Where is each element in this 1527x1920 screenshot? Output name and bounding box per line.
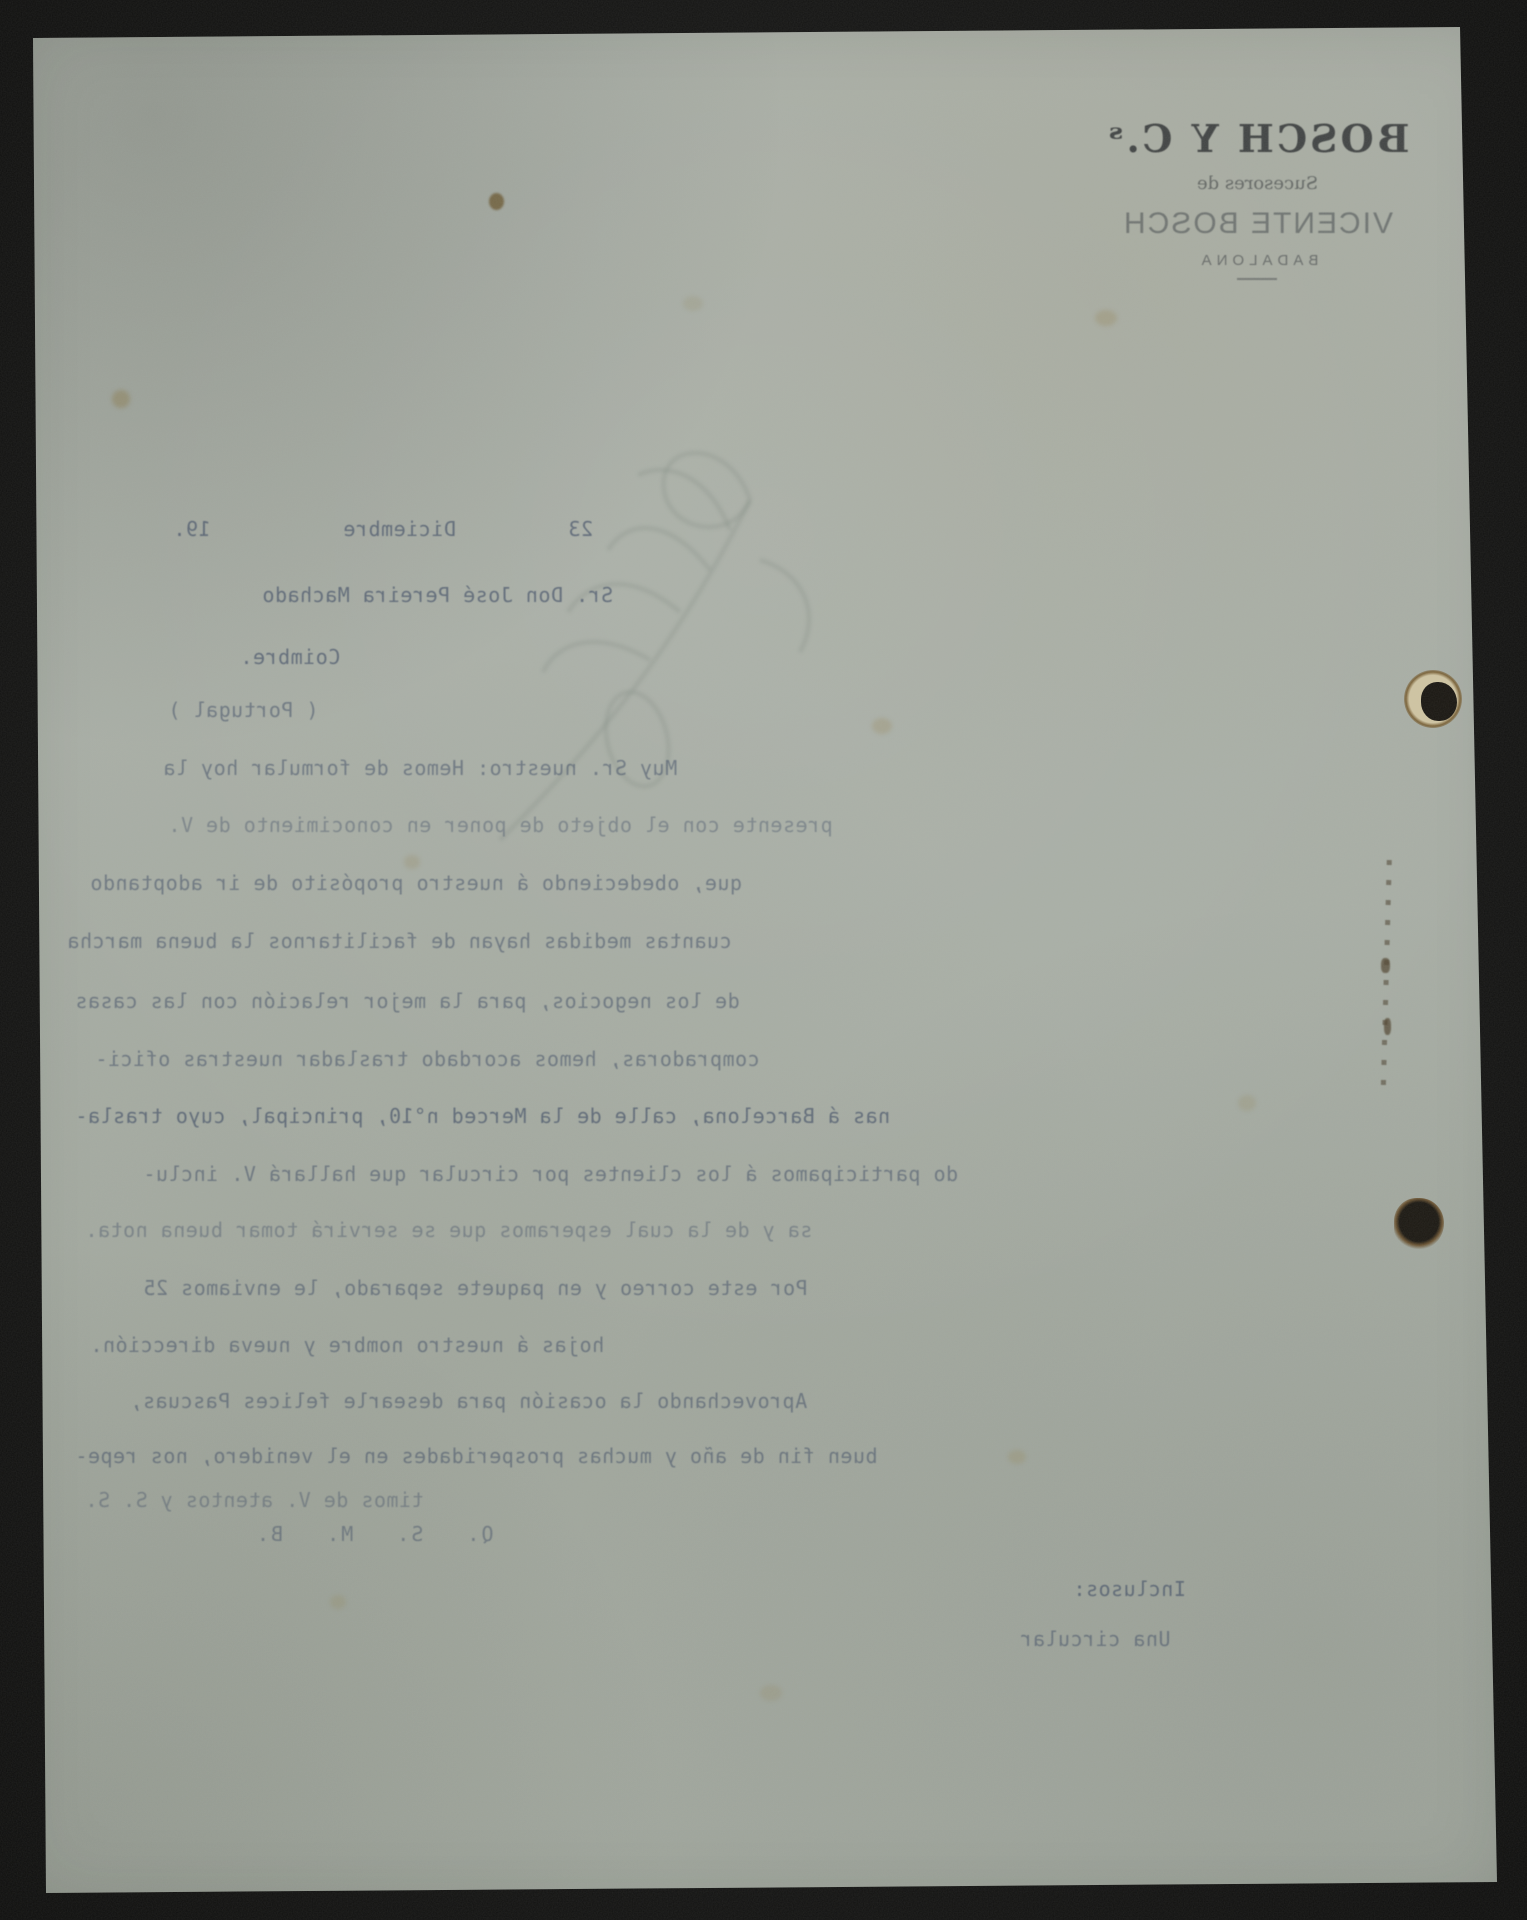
company-name: BOSCH Y C.ˢ xyxy=(1085,118,1430,160)
typed-line: nas á Barcelona, calle de la Merced n°10… xyxy=(75,1103,975,1129)
typed-line: Muy Sr. nuestro: Hemos de formular hoy l… xyxy=(163,755,1063,781)
letter-paper-verso: BOSCH Y C.ˢ Sucesores de VICENTE BOSCH B… xyxy=(0,0,1527,1920)
typed-line: Por este correo y en paquete separado, l… xyxy=(143,1275,1043,1301)
recipient-city: Coimbre. xyxy=(240,644,1140,670)
enclosures-label: Inclusos: xyxy=(1073,1576,1527,1602)
date-year: 19. xyxy=(173,516,1073,542)
punch-hole xyxy=(1394,1198,1444,1250)
letterhead-city: BADALONA xyxy=(1085,253,1430,269)
punch-hole xyxy=(1404,670,1462,728)
stain xyxy=(330,1595,346,1609)
founder-name: VICENTE BOSCH xyxy=(1085,208,1430,240)
closing-initials: Q. S. M. B. xyxy=(255,1521,1155,1547)
scanned-letter-photo: BOSCH Y C.ˢ Sucesores de VICENTE BOSCH B… xyxy=(0,0,1527,1920)
stain xyxy=(1238,1095,1256,1111)
typed-line: que, obedeciendo á nuestro propósito de … xyxy=(90,870,990,896)
stain xyxy=(489,193,504,210)
stain xyxy=(683,296,703,311)
typed-line: Aprovechando la ocasión para desearle fe… xyxy=(130,1388,1030,1414)
ink-blot xyxy=(1381,958,1390,973)
recipient-line: Sr. Don José Pereira Machado xyxy=(262,582,1162,608)
stain xyxy=(112,390,130,408)
typed-line: timos de V. atentos y S. S. xyxy=(85,1487,985,1513)
stain xyxy=(1095,310,1117,326)
letterhead-rule xyxy=(1238,278,1278,280)
typed-line: hojas á nuestro nombre y nueva dirección… xyxy=(90,1332,990,1358)
punch-hole-dark xyxy=(1421,682,1457,721)
typed-line: buen fin de año y muchas prosperidades e… xyxy=(75,1443,975,1469)
typed-line: presente con el objeto de poner en conoc… xyxy=(168,812,1068,838)
recipient-country: ( Portugal ) xyxy=(168,697,1068,723)
plume-watermark xyxy=(430,420,870,850)
typed-line: compradoras, hemos acordado trasladar nu… xyxy=(95,1046,995,1072)
letterhead-showthrough: BOSCH Y C.ˢ Sucesores de VICENTE BOSCH B… xyxy=(1085,118,1430,280)
stain xyxy=(1008,1450,1026,1464)
typed-line: sa y de la cual esperamos que se servirá… xyxy=(85,1217,985,1243)
typed-line: do participamos á los clientes por circu… xyxy=(143,1161,1043,1187)
stain xyxy=(872,718,892,734)
typed-line: cuantas medidas hayan de facilitarnos la… xyxy=(67,928,967,954)
stain xyxy=(404,855,420,869)
enclosures-item: Una circular xyxy=(1020,1626,1527,1652)
successor-line: Sucesores de xyxy=(1085,174,1430,194)
stain xyxy=(760,1685,782,1701)
typed-line: de los negocios, para la mejor relación … xyxy=(75,988,975,1014)
ink-blot xyxy=(1384,1018,1391,1035)
